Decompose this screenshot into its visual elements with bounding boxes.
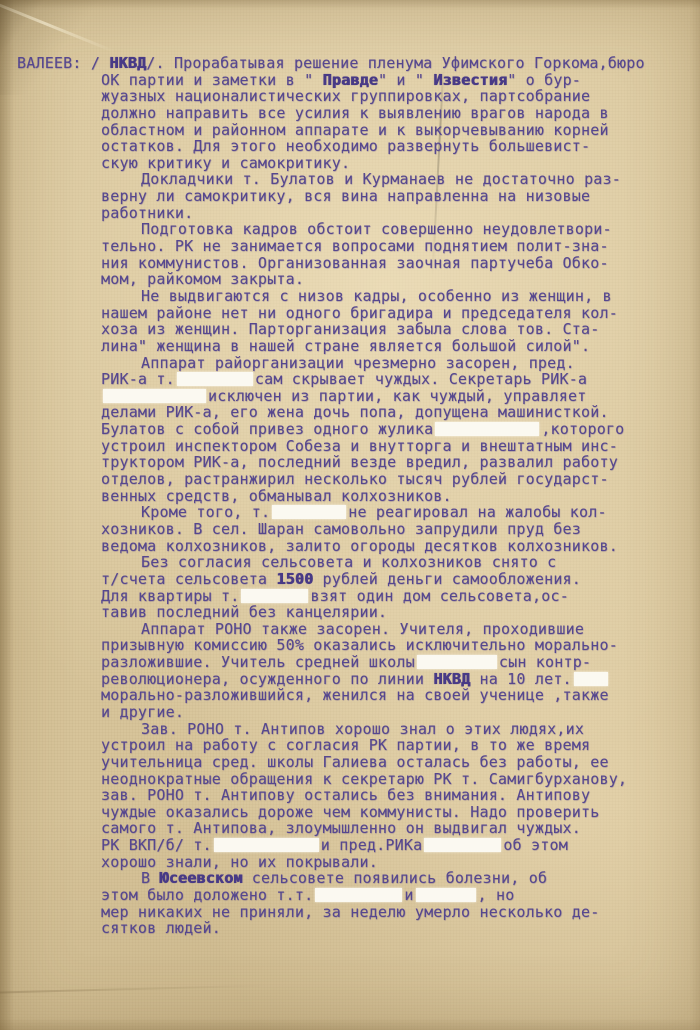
text-line: морально-разложившийся, женился на своей…	[101, 687, 687, 704]
redaction-box	[417, 655, 497, 669]
redaction-box	[315, 888, 402, 902]
text-line: скую критику и самокритику.	[101, 155, 687, 172]
text-segment: т/счета сельсовета	[101, 570, 276, 588]
text-segment: нашем районе нет ни одного бригадира и п…	[101, 304, 618, 322]
text-segment: труктором РИК-а, последний везде вредил,…	[101, 453, 618, 471]
text-line: областном и районном аппарате и к выкорч…	[101, 122, 687, 139]
text-segment: об этом	[503, 836, 568, 854]
text-segment: Для квартиры т.	[101, 587, 239, 605]
text-segment: сельсовете появились болезни, об	[243, 869, 548, 887]
text-line: устроил на работу с согласия РК партии, …	[101, 737, 687, 754]
text-segment: и пред.РИКа	[321, 836, 423, 854]
text-segment: хоза из женщин. Парторганизация забыла с…	[101, 320, 599, 338]
text-segment: учительница сред. школы Галиева осталась…	[101, 753, 609, 771]
text-segment: рублей деньги самообложения.	[313, 570, 581, 588]
text-line: Не выдвигаются с низов кадры, особенно и…	[101, 288, 687, 305]
text-line: В Юсеевском сельсовете появились болезни…	[101, 870, 687, 887]
text-segment: сам скрывает чуждых. Секретарь РИК-а	[255, 370, 587, 388]
text-segment: Зав. РОНО т. Антипов хорошо знал о этих …	[141, 720, 584, 738]
text-segment: тельно. РК не занимается вопросами подня…	[101, 237, 609, 255]
text-line: делами РИК-а, его жена дочь попа, допуще…	[101, 404, 687, 421]
text-line: хорошо знали, но их покрывали.	[101, 854, 687, 871]
text-line: исключен из партии, как чуждый, управляе…	[101, 388, 687, 405]
text-segment: самого т. Антипова, злоумышленно он выдв…	[101, 819, 581, 837]
text-segment: и	[404, 886, 413, 904]
text-segment: ОК партии и заметки в "	[101, 71, 323, 89]
text-segment: В	[141, 869, 159, 887]
text-segment: остатков. Для этого необходимо развернут…	[101, 137, 590, 155]
text-line: тавив последний без канцелярии.	[101, 604, 687, 621]
text-line: чуждые оказались дороже чем коммунисты. …	[101, 804, 687, 821]
text-line: хозников. В сел. Шаран самовольно запруд…	[101, 521, 687, 538]
text-line: мом, райкомом закрыта.	[101, 271, 687, 288]
text-line: жуазных националистических группировках,…	[101, 88, 687, 105]
text-line: Без согласия сельсовета и колхозников сн…	[101, 554, 687, 571]
text-line: сятков людей.	[101, 920, 687, 937]
redaction-box	[272, 505, 346, 519]
text-segment: ведома колхозников, залито огороды десят…	[101, 537, 618, 555]
text-segment: РИК-а т.	[101, 370, 175, 388]
text-line: этом было доложено т.т.и, но	[101, 887, 687, 904]
text-segment: " и "	[378, 71, 433, 89]
redaction-box	[435, 422, 539, 436]
text-segment: Правде	[323, 71, 378, 89]
text-line: мер никаких не приняли, за неделю умерло…	[101, 904, 687, 921]
text-segment: чуждые оказались дороже чем коммунисты. …	[101, 803, 599, 821]
text-line: работники.	[101, 205, 687, 222]
text-line: ОК партии и заметки в " Правде" и " Изве…	[101, 72, 687, 89]
text-line: ВАЛЕЕВ: / НКВД/. Прорабатывая решение пл…	[17, 55, 687, 72]
text-segment: Без согласия сельсовета и колхозников сн…	[141, 553, 556, 571]
text-segment: Аппарат райорганизации чрезмерно засорен…	[141, 354, 575, 372]
text-line: устроил инспектором Собеза и внутторга и…	[101, 438, 687, 455]
text-line: призывную комиссию 50% оказались исключи…	[101, 637, 687, 654]
text-segment: не реагировал на жалобы кол-	[348, 503, 606, 521]
text-line: революционера, осужденного по линии НКВД…	[101, 671, 687, 688]
text-segment: тавив последний без канцелярии.	[101, 603, 387, 621]
text-segment: устроил на работу с согласия РК партии, …	[101, 736, 590, 754]
text-segment: РК ВКП/б/ т.	[101, 836, 212, 854]
text-line: ния коммунистов. Организованная заочная …	[101, 255, 687, 272]
text-line: венных средств, обманывал колхозников.	[101, 488, 687, 505]
redaction-box	[103, 389, 206, 403]
paper-sheet: ВАЛЕЕВ: / НКВД/. Прорабатывая решение пл…	[0, 0, 700, 1030]
text-segment: неоднократные обращения к секретарю РК т…	[101, 770, 627, 788]
text-line: РК ВКП/б/ т.и пред.РИКаоб этом	[101, 837, 687, 854]
redaction-box	[574, 672, 608, 686]
text-segment: венных средств, обманывал колхозников.	[101, 487, 452, 505]
text-segment: верну ли самокритику, вся вина направлен…	[101, 187, 590, 205]
text-line: разложившие. Учитель средней школысын ко…	[101, 654, 687, 671]
text-line: Кроме того, т.не реагировал на жалобы ко…	[101, 504, 687, 521]
text-line: неоднократные обращения к секретарю РК т…	[101, 771, 687, 788]
text-line: Подготовка кадров обстоит совершенно неу…	[101, 221, 687, 238]
text-segment: Докладчики т. Булатов и Курманаев не дос…	[141, 170, 621, 188]
text-segment: мер никаких не приняли, за неделю умерло…	[101, 903, 599, 921]
document-page: ВАЛЕЕВ: / НКВД/. Прорабатывая решение пл…	[101, 55, 687, 937]
text-line: РИК-а т.сам скрывает чуждых. Секретарь Р…	[101, 371, 687, 388]
text-segment: призывную комиссию 50% оказались исключи…	[101, 636, 618, 654]
text-segment: ВАЛЕЕВ: /	[17, 54, 109, 72]
text-segment: разложившие. Учитель средней школы	[101, 653, 415, 671]
text-segment: ния коммунистов. Организованная заочная …	[101, 254, 609, 272]
redaction-box	[424, 838, 501, 852]
text-segment: революционера, осужденного по линии	[101, 670, 433, 688]
redaction-box	[214, 838, 319, 852]
text-segment: на 10 лет.	[470, 670, 572, 688]
text-segment: и другие.	[101, 703, 184, 721]
text-segment: 1500	[276, 570, 313, 588]
text-line: лина" женщина в нашей стране является бо…	[101, 338, 687, 355]
text-line: труктором РИК-а, последний везде вредил,…	[101, 454, 687, 471]
text-segment: , но	[478, 886, 515, 904]
text-line: ведома колхозников, залито огороды десят…	[101, 538, 687, 555]
text-segment: НКВД	[109, 54, 146, 72]
text-segment: /. Прорабатывая решение пленума Уфимског…	[146, 54, 644, 72]
text-line: хоза из женщин. Парторганизация забыла с…	[101, 321, 687, 338]
text-segment: НКВД	[433, 670, 470, 688]
text-segment: этом было доложено т.т.	[101, 886, 313, 904]
text-segment: морально-разложившийся, женился на своей…	[101, 686, 609, 704]
text-segment: Подготовка кадров обстоит совершенно неу…	[141, 220, 612, 238]
text-line: учительница сред. школы Галиева осталась…	[101, 754, 687, 771]
text-segment: Кроме того, т.	[141, 503, 270, 521]
text-segment: ,которого	[541, 420, 624, 438]
text-segment: жуазных националистических группировках,…	[101, 87, 590, 105]
text-line: зав. РОНО т. Антипову остались без внима…	[101, 787, 687, 804]
text-line: нашем районе нет ни одного бригадира и п…	[101, 305, 687, 322]
text-line: тельно. РК не занимается вопросами подня…	[101, 238, 687, 255]
text-segment: зав. РОНО т. Антипову остались без внима…	[101, 786, 590, 804]
text-line: остатков. Для этого необходимо развернут…	[101, 138, 687, 155]
text-line: т/счета сельсовета 1500 рублей деньги са…	[101, 571, 687, 588]
text-line: Докладчики т. Булатов и Курманаев не дос…	[101, 171, 687, 188]
text-segment: сятков людей.	[101, 919, 221, 937]
text-segment: делами РИК-а, его жена дочь попа, допуще…	[101, 403, 609, 421]
redaction-box	[241, 589, 308, 603]
text-line: верну ли самокритику, вся вина направлен…	[101, 188, 687, 205]
text-segment: " о бур-	[507, 71, 581, 89]
text-line: Булатов с собой привез одного жулика,кот…	[101, 421, 687, 438]
text-segment: Булатов с собой привез одного жулика	[101, 420, 433, 438]
text-segment: взят один дом сельсовета,ос-	[310, 587, 568, 605]
text-segment: лина" женщина в нашей стране является бо…	[101, 337, 590, 355]
text-segment: областном и районном аппарате и к выкорч…	[101, 121, 609, 139]
text-segment: Аппарат РОНО также засорен. Учителя, про…	[141, 620, 584, 638]
text-line: Зав. РОНО т. Антипов хорошо знал о этих …	[101, 721, 687, 738]
text-line: Аппарат райорганизации чрезмерно засорен…	[101, 355, 687, 372]
text-segment: отделов, растранжирил несколько тысяч ру…	[101, 470, 609, 488]
text-line: Для квартиры т.взят один дом сельсовета,…	[101, 588, 687, 605]
text-segment: Юсеевском	[159, 869, 242, 887]
text-segment: сын контр-	[499, 653, 591, 671]
text-line: Аппарат РОНО также засорен. Учителя, про…	[101, 621, 687, 638]
text-segment: скую критику и самокритику.	[101, 154, 350, 172]
text-segment: Не выдвигаются с низов кадры, особенно и…	[141, 287, 612, 305]
text-line: и другие.	[101, 704, 687, 721]
text-segment: хозников. В сел. Шаран самовольно запруд…	[101, 520, 581, 538]
text-segment: должно направить все усилия к выявлению …	[101, 104, 609, 122]
text-segment: Известия	[433, 71, 507, 89]
redaction-box	[416, 888, 476, 902]
paper-crease-highlight	[0, 0, 115, 53]
redaction-box	[177, 372, 253, 386]
text-line: самого т. Антипова, злоумышленно он выдв…	[101, 820, 687, 837]
text-line: отделов, растранжирил несколько тысяч ру…	[101, 471, 687, 488]
paper-crease-bottom	[0, 984, 270, 993]
text-line: должно направить все усилия к выявлению …	[101, 105, 687, 122]
text-segment: мом, райкомом закрыта.	[101, 270, 304, 288]
